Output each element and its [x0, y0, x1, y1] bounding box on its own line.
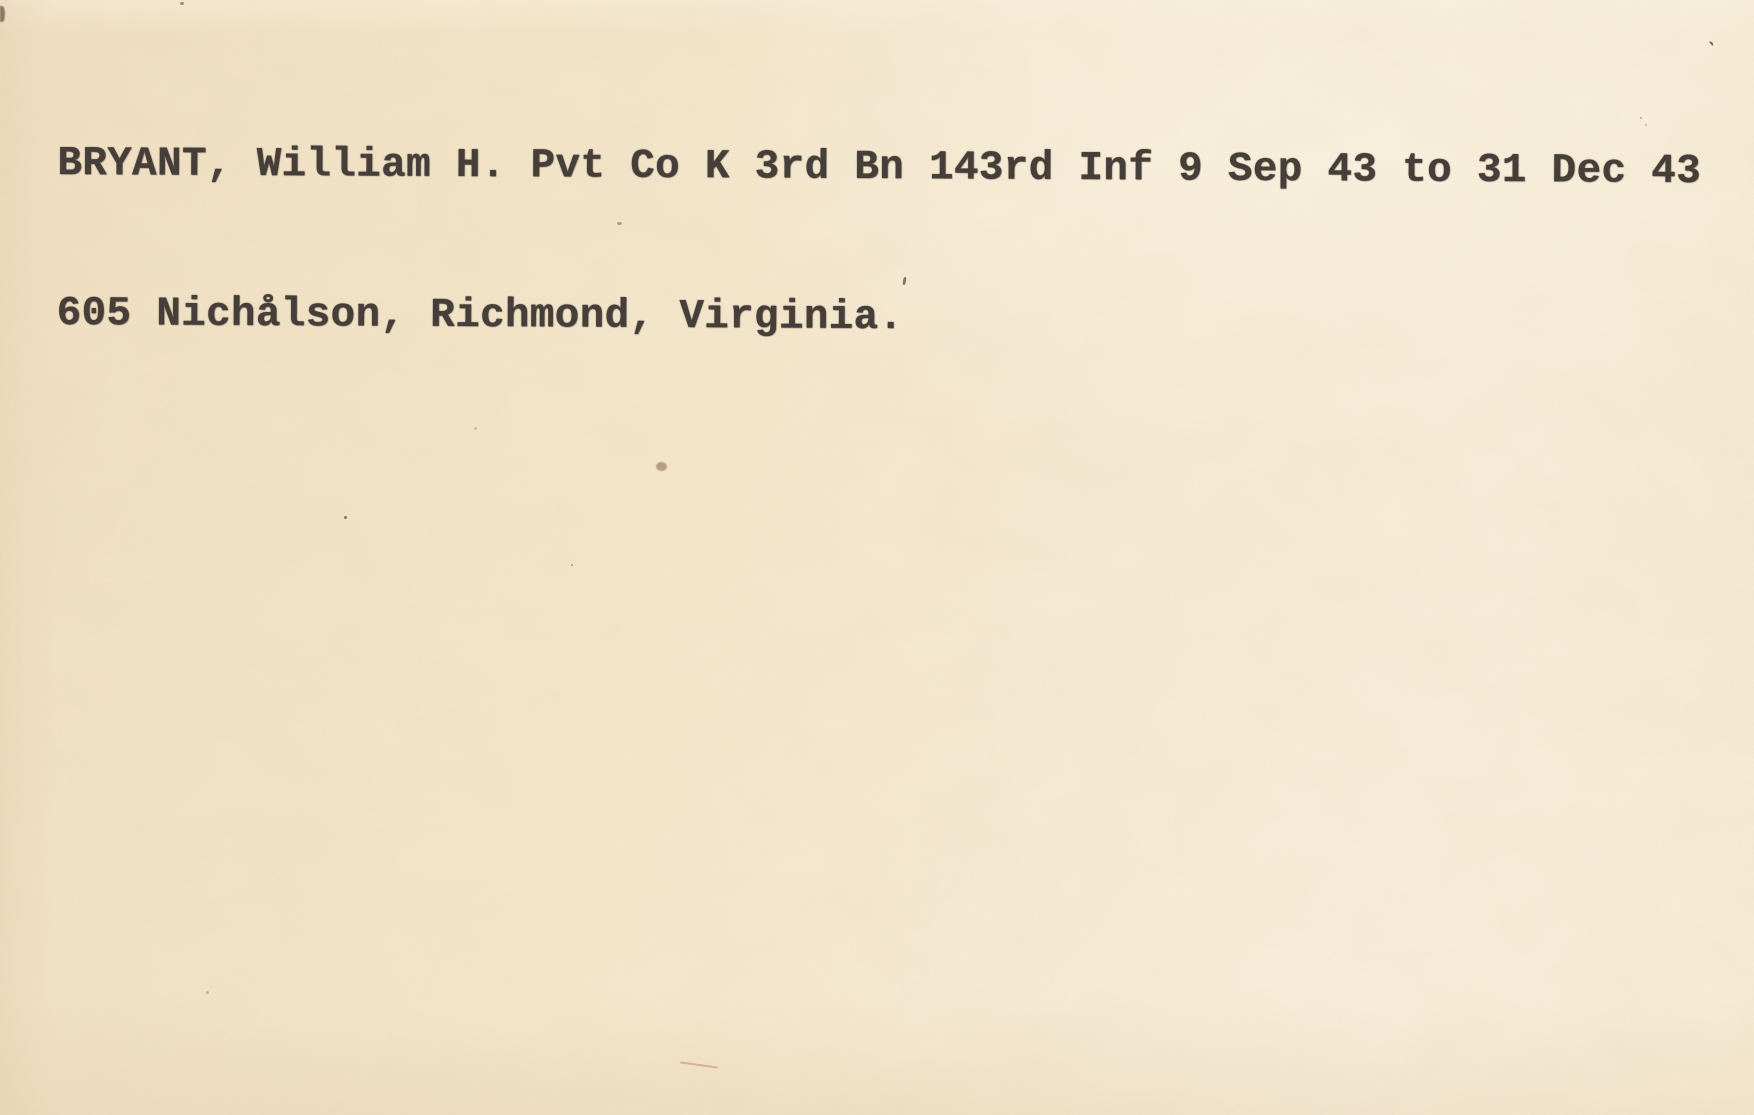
paper-speck — [206, 991, 209, 994]
ink-stain — [656, 462, 667, 471]
paper-speck — [344, 516, 347, 519]
scan-edge-mark — [0, 6, 5, 22]
card-line-2: 605 Nichålson, Richmond, Virginia. — [57, 289, 1701, 347]
typed-text-block: BRYANT, William H. Pvt Co K 3rd Bn 143rd… — [56, 39, 1702, 447]
stray-ink-mark: ˋ — [1699, 39, 1719, 68]
paper-fiber — [680, 1061, 718, 1068]
index-card: BRYANT, William H. Pvt Co K 3rd Bn 143rd… — [0, 0, 1754, 1115]
card-line-1: BRYANT, William H. Pvt Co K 3rd Bn 143rd… — [57, 139, 1701, 197]
paper-speck — [180, 2, 184, 5]
paper-speck — [571, 564, 573, 566]
